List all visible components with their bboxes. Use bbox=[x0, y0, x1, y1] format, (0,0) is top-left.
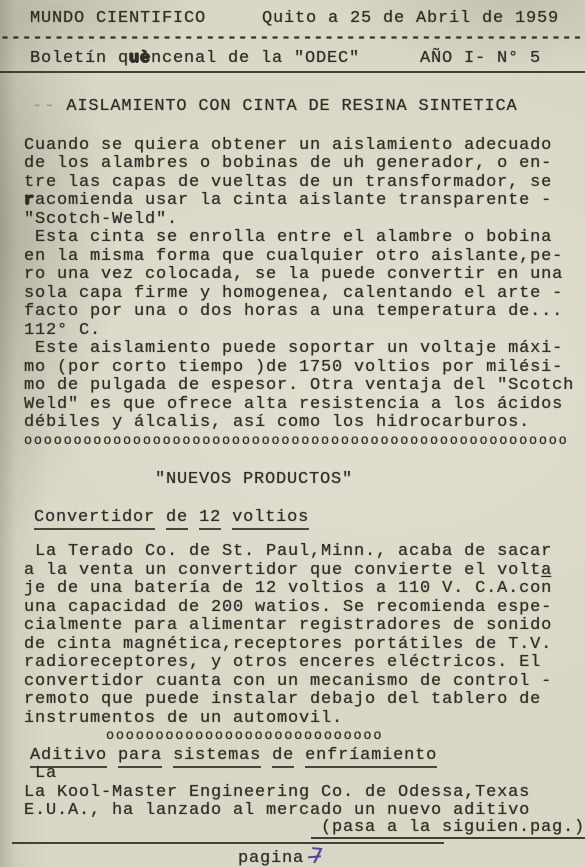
heading-aditivo: Aditivo para sistemas de enfríamiento bbox=[24, 747, 575, 766]
text-line: de los alambres o bobinas de uh generado… bbox=[24, 155, 575, 174]
heading-convertidor: Convertidor de 12 voltios bbox=[24, 509, 575, 528]
text-line: una capacidad de 200 watios. Se recomien… bbox=[24, 599, 575, 618]
section-title-nuevos-productos: "NUEVOS PRODUCTOS" bbox=[24, 471, 575, 490]
text-line: je de una batería de 12 voltios a 110 V.… bbox=[24, 580, 575, 599]
masthead: MUNDO CIENTIFICO Quito a 25 de Abril de … bbox=[0, 0, 585, 73]
text-line: La Terado Co. de St. Paul,Minn., acaba d… bbox=[24, 543, 575, 562]
text-line: sola capa firme y homogenea, calentando … bbox=[24, 285, 575, 304]
continuation-note: (pasa a la siguien.pag.) bbox=[311, 820, 585, 839]
article-title: --AISLAMIENTO CON CINTA DE RESINA SINTET… bbox=[0, 98, 585, 117]
text-line: Cuando se quiera obtener un aislamiento … bbox=[24, 137, 575, 156]
text-line: mo (por corto tiempo )de 1750 voltios po… bbox=[24, 359, 575, 378]
text-line: facto por una o dos horas a una temperat… bbox=[24, 303, 575, 322]
overstruck-char: r bbox=[24, 191, 35, 210]
text-line: radioreceptores, y otros enceres eléctri… bbox=[24, 654, 575, 673]
handwritten-page-number: 7 bbox=[309, 846, 325, 865]
overstruck-rest: acomienda usar la cinta aislante transpa… bbox=[35, 191, 552, 210]
article-title-text: AISLAMIENTO CON CINTA DE RESINA SINTETIC… bbox=[66, 97, 517, 116]
title-prefix-mark: -- bbox=[32, 97, 56, 116]
text-line: mo de pulgada de espesor. Otra ventaja d… bbox=[24, 377, 575, 396]
text-line: remoto que puede instalar debajo del tab… bbox=[24, 691, 575, 710]
page-number-row: pagina7 bbox=[0, 846, 585, 867]
converter-paragraph: La Terado Co. de St. Paul,Minn., acaba d… bbox=[24, 543, 575, 728]
page-label: pagina bbox=[238, 849, 304, 867]
text-line-overstruck: racomienda usar la cinta aislante transp… bbox=[24, 192, 575, 211]
page-footer: (pasa a la siguien.pag.) pagina7 bbox=[0, 820, 585, 867]
footer-rule bbox=[12, 842, 444, 844]
text-line: 112° C. bbox=[24, 322, 575, 341]
article-paragraphs: Cuando se quiera obtener un aislamiento … bbox=[24, 137, 575, 433]
item-divider-dots: oooooooooooooooooooooooooooo bbox=[24, 728, 575, 747]
text-line: La bbox=[24, 765, 575, 784]
additive-paragraph: La La Kool-Master Engineering Co. de Ode… bbox=[24, 765, 575, 821]
masthead-row-1: MUNDO CIENTIFICO Quito a 25 de Abril de … bbox=[0, 0, 585, 29]
issue-number: AÑO I- N° 5 bbox=[420, 50, 541, 69]
text-line: La Kool-Master Engineering Co. de Odessa… bbox=[24, 784, 575, 803]
bulletin-subtitle: Boletín quèncenal de la "ODEC" bbox=[30, 50, 360, 69]
text-line: Weld" es que ofrece alta resistencia a l… bbox=[24, 396, 575, 415]
text-line: Esta cinta se enrolla entre el alambre o… bbox=[24, 229, 575, 248]
text-line: "Scotch-Weld". bbox=[24, 211, 575, 230]
newsletter-page: MUNDO CIENTIFICO Quito a 25 de Abril de … bbox=[0, 0, 585, 867]
subtitle-pre: Boletín q bbox=[30, 49, 129, 68]
text-line: tre las capas de vueltas de un transform… bbox=[24, 174, 575, 193]
publication-name: MUNDO CIENTIFICO bbox=[30, 10, 206, 29]
text-line: de cinta magnética,receptores portátiles… bbox=[24, 636, 575, 655]
subtitle-post: ncenal de la "ODEC" bbox=[151, 49, 360, 68]
text-line: débiles y álcalis, así como los hidrocar… bbox=[24, 414, 575, 433]
continuation-note-row: (pasa a la siguien.pag.) bbox=[0, 820, 585, 839]
text-line: cialmente para alimentar registradores d… bbox=[24, 617, 575, 636]
text-line: convertidor cuanta con un mecanismo de c… bbox=[24, 673, 575, 692]
dashed-rule: ----------------------------------------… bbox=[0, 30, 585, 49]
masthead-row-2: Boletín quèncenal de la "ODEC" AÑO I- N°… bbox=[0, 49, 585, 72]
text-line: en la misma forma que cualquier otro ais… bbox=[24, 248, 575, 267]
text-line: a la venta un convertidor que convierte … bbox=[24, 562, 575, 581]
text-line: instrumentos de un automovil. bbox=[24, 710, 575, 729]
section-divider-dots: oooooooooooooooooooooooooooooooooooooooo… bbox=[24, 433, 575, 452]
subtitle-overstrike: uè bbox=[129, 49, 151, 68]
text-line: Este aislamiento puede soportar un volta… bbox=[24, 340, 575, 359]
page-body: Cuando se quiera obtener un aislamiento … bbox=[0, 137, 585, 821]
dateline: Quito a 25 de Abril de 1959 bbox=[262, 10, 559, 29]
text-line: ro una vez colocada, se la puede convert… bbox=[24, 266, 575, 285]
